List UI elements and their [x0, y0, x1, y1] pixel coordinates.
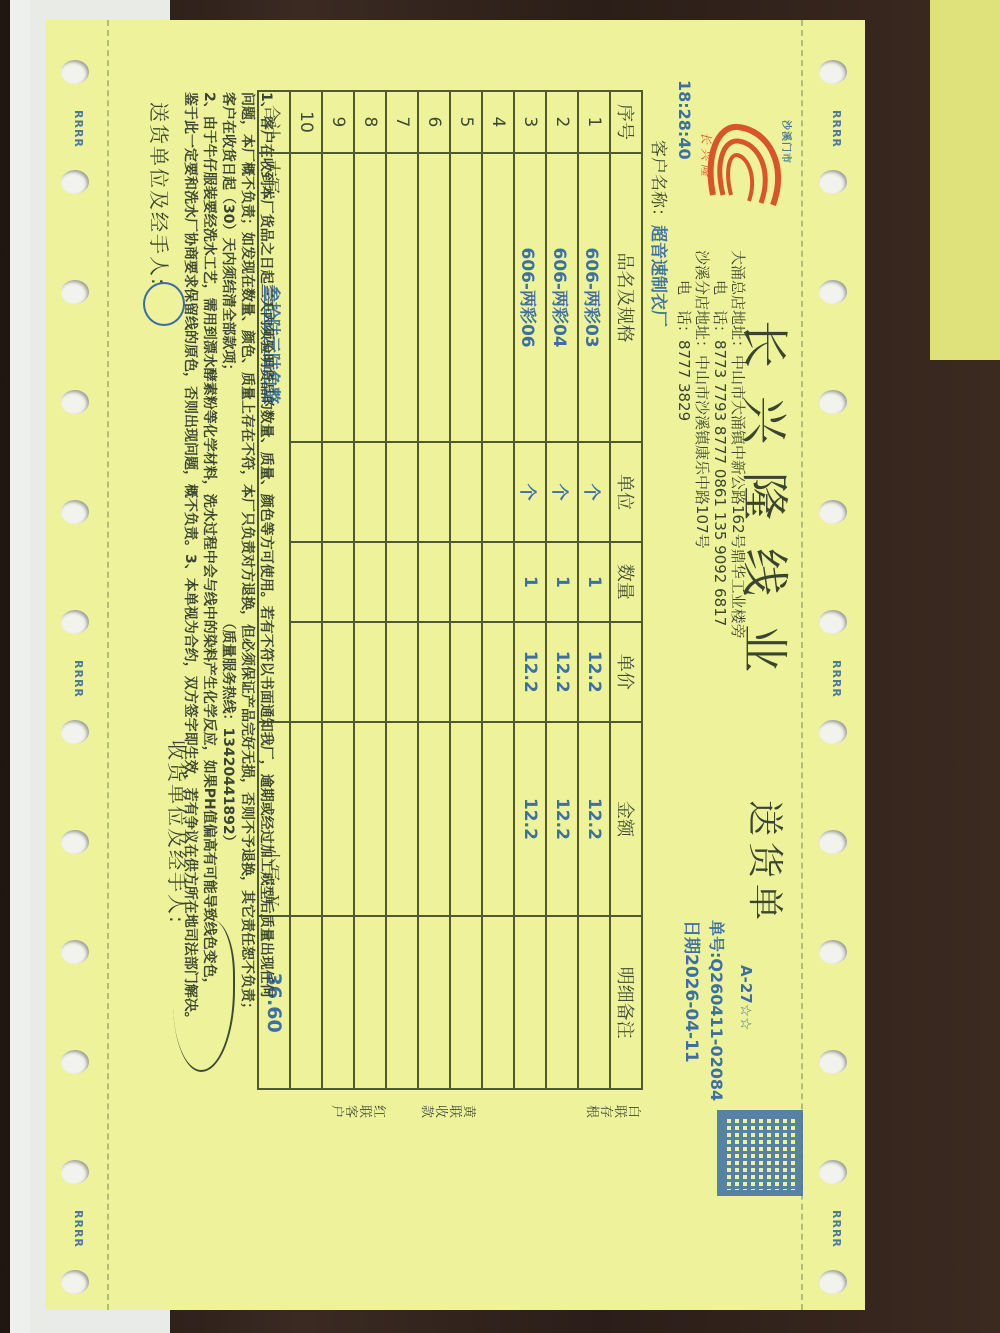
order-date: 2026-04-11	[681, 954, 701, 1063]
row-no: 7	[386, 91, 418, 153]
row-note	[578, 916, 610, 1089]
neighbor-yellow-sheet	[930, 0, 1000, 360]
row-no: 2	[546, 91, 578, 153]
delivery-receipt: RRRR RRRR RRRR RRRR RRRR RRRR 沙溪门市 长兴隆 1…	[45, 20, 865, 1310]
row-amount: 12.2	[578, 722, 610, 917]
margin-stamp: RRRR	[72, 110, 85, 148]
row-no: 10	[290, 91, 322, 153]
tractor-strip-top: RRRR RRRR RRRR	[805, 20, 865, 1310]
row-amount: 12.2	[546, 722, 578, 917]
margin-stamp: RRRR	[830, 1210, 843, 1248]
receipt-wrapper: RRRR RRRR RRRR RRRR RRRR RRRR 沙溪门市 长兴隆 1…	[45, 20, 865, 1310]
hq-phone: 8773 7793 8777 0861 135 9092 6817	[711, 340, 729, 626]
row-note	[514, 916, 546, 1089]
row-no: 1	[578, 91, 610, 153]
margin-stamp: RRRR	[830, 660, 843, 698]
table-row: 5	[450, 91, 482, 1089]
row-no: 4	[482, 91, 514, 153]
row-name: 606-两彩06	[514, 153, 546, 442]
row-no: 8	[354, 91, 386, 153]
table-row: 1 606-两彩03 个 1 12.2 12.2	[578, 91, 610, 1089]
row-qty: 1	[578, 542, 610, 622]
sender-signature-label: 送货单位及经手人:	[146, 102, 175, 287]
margin-stamp: RRRR	[72, 1210, 85, 1248]
terms-line: 问题，本厂概不负责；如发现在数量、颜色、质量上存在不符，本厂只负责对方退换，但必…	[237, 92, 256, 1202]
branch-address: 中山市沙溪镇康乐中路107号	[693, 355, 711, 549]
row-note	[546, 916, 578, 1089]
customer-name: 超音速制衣厂	[648, 225, 668, 327]
order-number: Q260411-02084	[707, 958, 726, 1101]
branch-address-label: 沙溪分店地址：	[693, 250, 711, 355]
row-no: 3	[514, 91, 546, 153]
margin-stamp: RRRR	[830, 110, 843, 148]
hq-phone-label: 电 话：	[711, 280, 729, 340]
copy-label-yellow: 黄联收款	[419, 1105, 475, 1119]
terms-line: 1、客户在收到本厂货品之日起三天内须验明货品的数量、质量、颜色等方可使用。若有不…	[256, 92, 275, 1202]
branch-phone: 8777 3829	[675, 340, 693, 421]
table-row: 6	[418, 91, 450, 1089]
col-header-note: 明细备注	[610, 916, 642, 1089]
row-unit: 个	[578, 442, 610, 542]
perforation-bottom	[107, 20, 109, 1310]
row-qty: 1	[546, 542, 578, 622]
tractor-strip-bottom: RRRR RRRR RRRR	[45, 20, 105, 1310]
row-price: 12.2	[514, 622, 546, 722]
col-header-qty: 数量	[610, 542, 642, 622]
row-name: 606-两彩04	[546, 153, 578, 442]
col-header-unit: 单位	[610, 442, 642, 542]
row-name: 606-两彩03	[578, 153, 610, 442]
print-time: 18:28:40	[675, 80, 693, 160]
handwritten-signature	[143, 282, 185, 326]
row-no: 9	[322, 91, 354, 153]
table-row: 7	[386, 91, 418, 1089]
col-header-price: 单价	[610, 622, 642, 722]
logo-text: 长兴隆	[698, 132, 715, 180]
margin-stamp: RRRR	[72, 660, 85, 698]
table-row: 3 606-两彩06 个 1 12.2 12.2	[514, 91, 546, 1089]
row-qty: 1	[514, 542, 546, 622]
row-unit: 个	[546, 442, 578, 542]
table-row: 2 606-两彩04 个 1 12.2 12.2	[546, 91, 578, 1089]
col-header-no: 序号	[610, 91, 642, 153]
row-no: 5	[450, 91, 482, 153]
col-header-amount: 金额	[610, 722, 642, 917]
receiver-signature-label: 收货单位及经手人:	[164, 740, 193, 925]
row-no: 6	[418, 91, 450, 153]
date-label: 日期	[681, 920, 701, 954]
copy-label-white: 白联存根	[584, 1105, 640, 1119]
row-price: 12.2	[546, 622, 578, 722]
hq-address: 中山市大涌镇中新公路162号鼎华工业楼旁	[729, 355, 747, 639]
form-code: A-27☆☆	[737, 965, 755, 1031]
document-title: 送货单	[742, 800, 793, 926]
hq-address-label: 大涌总店地址：	[729, 250, 747, 355]
row-amount: 12.2	[514, 722, 546, 917]
order-no-label: 单号:	[707, 920, 726, 958]
items-table: 序号 品名及规格 单位 数量 单价 金额 明细备注 1 606-两彩03 个 1…	[257, 90, 643, 1090]
copy-label-red: 红联客户	[329, 1105, 385, 1119]
table-header-row: 序号 品名及规格 单位 数量 单价 金额 明细备注	[610, 91, 642, 1089]
branch-phone-label: 电 话：	[675, 280, 693, 340]
customer-label: 客户名称：	[648, 140, 668, 225]
row-price: 12.2	[578, 622, 610, 722]
table-row: 4	[482, 91, 514, 1089]
qr-code-icon	[717, 1110, 803, 1196]
col-header-name: 品名及规格	[610, 153, 642, 442]
table-row: 9	[322, 91, 354, 1089]
table-row: 8	[354, 91, 386, 1089]
table-row: 10	[290, 91, 322, 1089]
row-unit: 个	[514, 442, 546, 542]
